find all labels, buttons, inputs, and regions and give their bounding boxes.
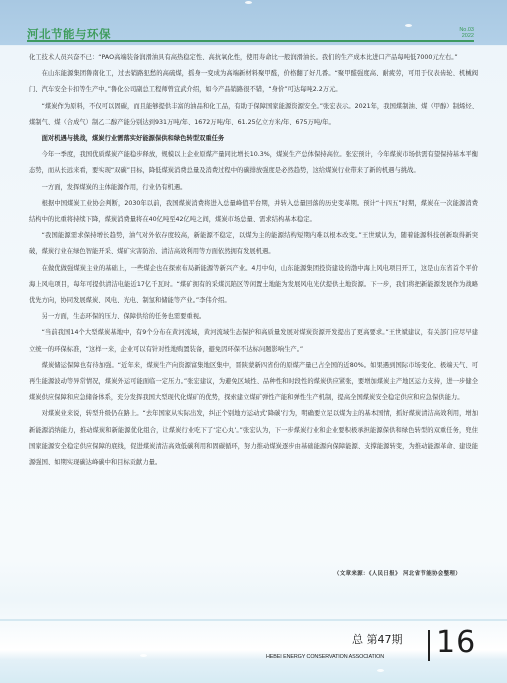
issue-year: 2022 bbox=[459, 34, 474, 40]
issue-number: No.03 2022 bbox=[459, 28, 474, 39]
paragraph: 煤炭储运保障也有待加强。“近年来，煤炭生产向资源富集地区集中，晋陕蒙新四省份的原… bbox=[29, 358, 478, 407]
paragraph: 根据中国煤炭工业协会判断，2030年以前，我国煤炭消费将进入总量峰值平台期，并转… bbox=[29, 196, 478, 228]
paragraph: 今年一季度，我国优质煤炭产能稳步释放，规模以上企业原煤产量同比增长10.3%，煤… bbox=[29, 147, 478, 179]
article-body: 化工技术人员兴奋不已：“PAO高端装备润滑油具有高热稳定性、高抗氧化性，使用寿命… bbox=[29, 50, 478, 471]
paragraph: 一方面，发挥煤炭的主体能源作用，行业仍有机遇。 bbox=[29, 180, 478, 196]
footer-divider bbox=[428, 630, 430, 661]
source-note: （文章来源：《人民日报》 河北省节能协会整理） bbox=[334, 569, 461, 577]
footer-band bbox=[0, 619, 507, 621]
paragraph: “当前我国14个大型煤炭基地中，有9个分布在黄河流域，黄河流域生态保护和高质量发… bbox=[29, 325, 478, 357]
paragraph: 另一方面，生态环保的压力、保障供给的任务也需要重视。 bbox=[29, 309, 478, 325]
paragraph: 化工技术人员兴奋不已：“PAO高端装备润滑油具有高热稳定性、高抗氧化性，使用寿命… bbox=[29, 50, 478, 66]
header-rule bbox=[27, 40, 474, 42]
paragraph: “我国能源需求保持增长趋势，油气对外依存度较高，新能源不稳定，以煤为主的能源结构… bbox=[29, 228, 478, 260]
paragraph: 在山东能源集团鲁南化工，过去销路犯愁的高硫煤，摇身一变成为高端新材料聚甲醛，价格… bbox=[29, 66, 478, 98]
decorative-dot bbox=[140, 654, 147, 657]
issue-total: 总 第47期 bbox=[352, 631, 403, 647]
decorative-dot bbox=[377, 669, 384, 672]
paragraph: 对煤炭业来说，转型升级仍在路上。“去年国家从实际出发，纠正个别地方运动式‘降碳’… bbox=[29, 406, 478, 471]
section-subheading: 面对机遇与挑战，煤炭行业需落实好能源保供和绿色转型双重任务 bbox=[29, 131, 478, 147]
page-number: 16 bbox=[436, 625, 476, 660]
paragraph: 在做优做强煤炭主业的基础上，一些煤企也在探索布局新能源等新兴产业。4月中旬，山东… bbox=[29, 261, 478, 310]
decorative-dot bbox=[405, 24, 412, 27]
association-name: HEBEI ENERGY CONSERVATION ASSOCIATION bbox=[266, 654, 384, 660]
paragraph: “煤炭作为原料，不仅可以固碳，而且能够提供丰富的油品和化工品，有助于保障国家能源… bbox=[29, 99, 478, 131]
decorative-dot bbox=[245, 1, 252, 4]
